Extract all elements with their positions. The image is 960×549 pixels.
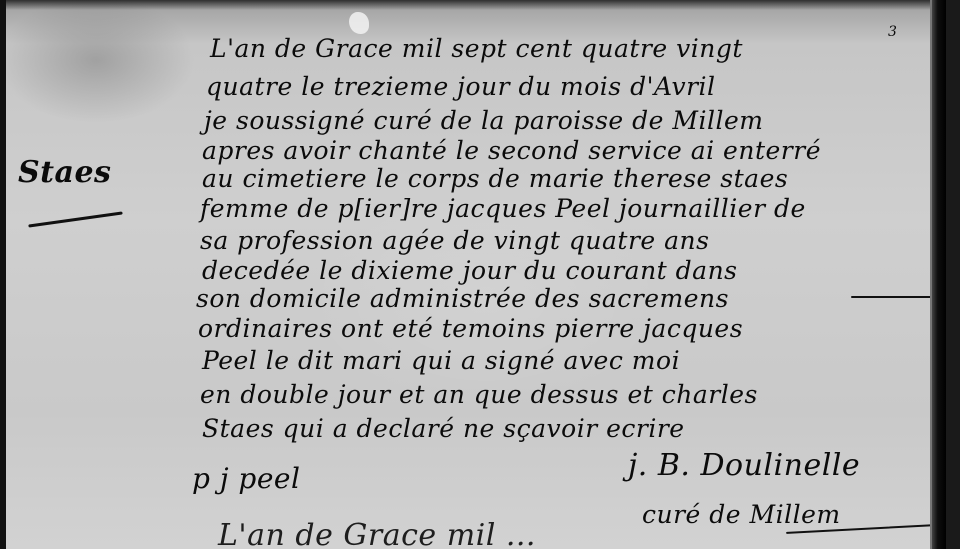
line-end-flourish [851,296,941,298]
margin-name: Staes [18,155,111,190]
register-page: 3 Staes L'an de Grace mil sept cent quat… [6,0,946,549]
margin-name-underline [28,211,122,227]
body-line-4: apres avoir chanté le second service ai … [202,136,821,165]
scan-top-shadow [6,0,946,10]
book-binding [932,0,946,549]
body-line-10: ordinaires ont eté temoins pierre jacque… [198,314,743,343]
priest-title: curé de Millem [642,500,841,529]
page-number: 3 [888,24,897,40]
witness-signature: p j peel [192,462,300,495]
body-line-1: L'an de Grace mil sept cent quatre vingt [210,34,743,63]
body-line-7: sa profession agée de vingt quatre ans [200,226,709,255]
body-line-13: Staes qui a declaré ne sçavoir ecrire [202,414,685,443]
body-line-12: en double jour et an que dessus et charl… [200,380,758,409]
body-line-11: Peel le dit mari qui a signé avec moi [202,346,680,375]
body-line-2: quatre le trezieme jour du mois d'Avril [206,72,716,101]
body-line-6: femme de p[ier]re jacques Peel journaill… [200,194,806,223]
paper-stain [349,12,369,34]
priest-signature: j. B. Doulinelle [628,448,860,483]
body-line-5: au cimetiere le corps de marie therese s… [202,164,788,193]
body-line-3: je soussigné curé de la paroisse de Mill… [204,106,764,135]
next-entry-fragment: L'an de Grace mil ... [218,518,536,549]
body-line-8: decedée le dixieme jour du courant dans [202,256,738,285]
body-line-9: son domicile administrée des sacremens [196,284,729,313]
